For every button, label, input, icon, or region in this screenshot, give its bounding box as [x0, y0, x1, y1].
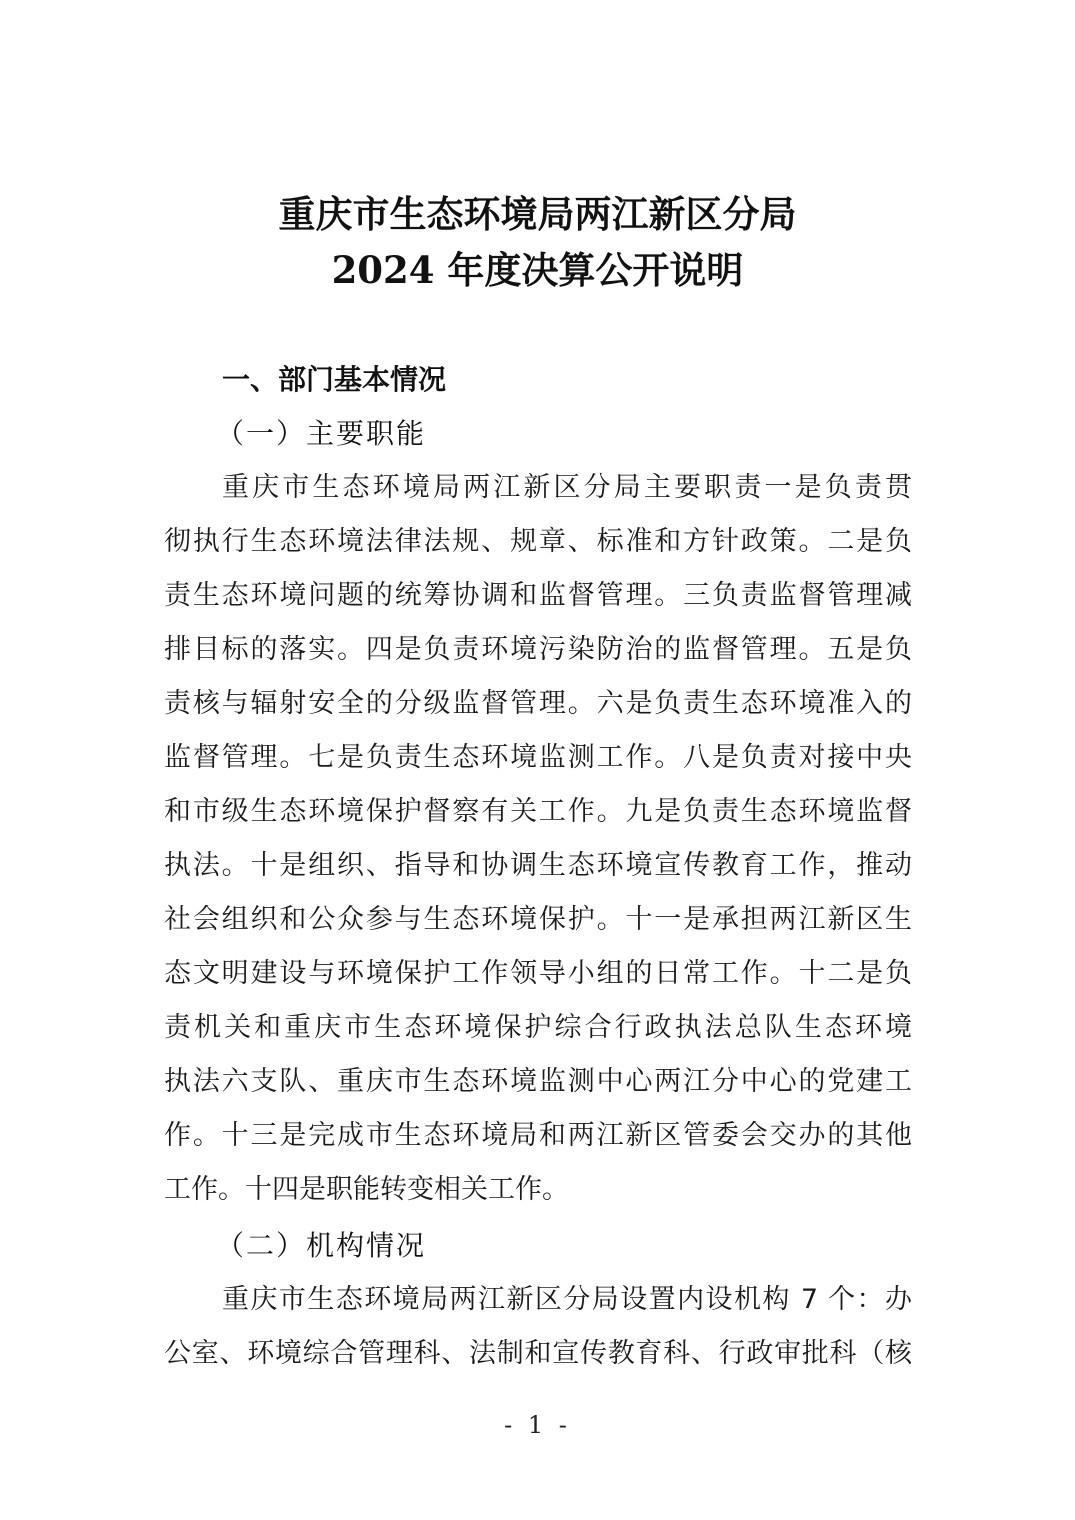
paragraph-line: 责核与辐射安全的分级监督管理。六是负责生态环境准入的 [164, 686, 912, 722]
section-heading-basic-info: 一、部门基本情况 [222, 362, 446, 398]
paragraph-line: 责机关和重庆市生态环境保护综合行政执法总队生态环境 [164, 1010, 912, 1046]
paragraph-line: 排目标的落实。四是负责环境污染防治的监督管理。五是负 [164, 632, 912, 668]
paragraph-line: 社会组织和公众参与生态环境保护。十一是承担两江新区生 [164, 902, 912, 938]
paragraph-line: 公室、环境综合管理科、法制和宣传教育科、行政审批科（核 [164, 1336, 912, 1372]
paragraph-line: 工作。十四是职能转变相关工作。 [164, 1172, 912, 1208]
paragraph-line: 作。十三是完成市生态环境局和两江新区管委会交办的其他 [164, 1118, 912, 1154]
paragraph-line: 重庆市生态环境局两江新区分局设置内设机构 7 个：办 [222, 1282, 912, 1318]
subsection-heading-organization: （二）机构情况 [216, 1228, 426, 1264]
document-page: 重庆市生态环境局两江新区分局 2024 年度决算公开说明 一、部门基本情况 （一… [0, 0, 1075, 1520]
paragraph-line: 重庆市生态环境局两江新区分局主要职责一是负责贯 [222, 470, 912, 506]
paragraph-line: 态文明建设与环境保护工作领导小组的日常工作。十二是负 [164, 956, 912, 992]
paragraph-line: 执法。十是组织、指导和协调生态环境宣传教育工作，推动 [164, 848, 912, 884]
document-title-line-2: 2024 年度决算公开说明 [0, 248, 1075, 292]
page-number: - 1 - [0, 1410, 1075, 1440]
paragraph-line: 责生态环境问题的统筹协调和监督管理。三负责监督管理减 [164, 578, 912, 614]
subsection-heading-main-functions: （一）主要职能 [216, 416, 426, 452]
paragraph-line: 执法六支队、重庆市生态环境监测中心两江分中心的党建工 [164, 1064, 912, 1100]
document-title-line-1: 重庆市生态环境局两江新区分局 [0, 192, 1075, 236]
paragraph-line: 监督管理。七是负责生态环境监测工作。八是负责对接中央 [164, 740, 912, 776]
paragraph-line: 彻执行生态环境法律法规、规章、标准和方针政策。二是负 [164, 524, 912, 560]
paragraph-line: 和市级生态环境保护督察有关工作。九是负责生态环境监督 [164, 794, 912, 830]
